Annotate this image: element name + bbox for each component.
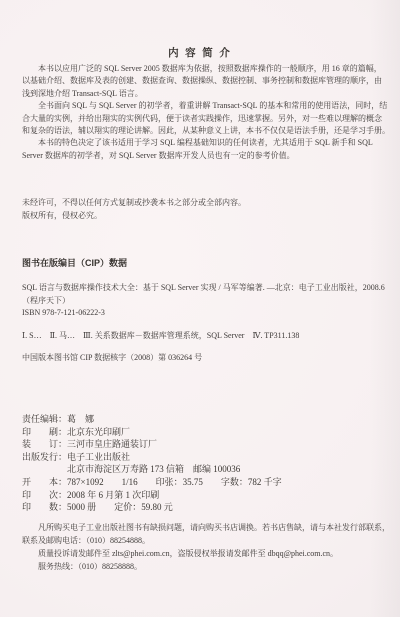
imprint-value: 787×1092 1/16 印张：35.75 字数：782 千字	[67, 476, 282, 489]
publisher-address: 北京市海淀区万寿路 173 信箱 邮编 100036	[67, 463, 240, 476]
imprint-row: 印 刷：北京东光印刷厂	[22, 426, 378, 439]
imprint-label: 印 数：	[22, 501, 67, 514]
intro-line: 全书面向 SQL 与 SQL Server 的初学者，着重讲解 Transact…	[22, 100, 378, 112]
cip-book-entry: SQL 语言与数据库操作技术大全：基于 SQL Server 实现 / 马军等编…	[22, 282, 378, 295]
imprint-label: 开 本：	[22, 476, 67, 489]
imprint-label: 印 次：	[22, 489, 67, 502]
service-line: 服务热线：（010）88258888。	[22, 560, 378, 573]
service-line: 质量投诉请发邮件至 zlts@phei.com.cn，盗版侵权举报请发邮件至 d…	[22, 547, 378, 560]
cip-record-block: SQL 语言与数据库操作技术大全：基于 SQL Server 实现 / 马军等编…	[22, 282, 378, 320]
notice-line: 未经许可，不得以任何方式复制或抄袭本书之部分或全部内容。	[22, 196, 378, 209]
imprint-label: 责任编辑：	[22, 413, 67, 426]
imprint-value: 葛 娜	[67, 413, 94, 426]
imprint-row: 出版发行：电子工业出版社	[22, 451, 378, 464]
imprint-row: 装 订：三河市皇庄路通装订厂	[22, 438, 378, 451]
cip-classification: Ⅰ. S… Ⅱ. 马… Ⅲ. 关系数据库－数据库管理系统，SQL Server …	[22, 330, 378, 341]
imprint-label: 出版发行：	[22, 451, 67, 464]
book-copyright-page: 内 容 简 介 本书以应用广泛的 SQL Server 2005 数据库为依据，…	[0, 0, 400, 617]
imprint-label: 装 订：	[22, 438, 67, 451]
imprint-row: 印 数：5000 册 定价：59.80 元	[22, 501, 378, 514]
intro-line: Server 数据库的初学者，对 SQL Server 数据库开发人员也有一定的…	[22, 150, 378, 162]
imprint-label: 印 刷：	[22, 426, 67, 439]
intro-line: 浅到深地介绍 Transact-SQL 语言。	[22, 88, 378, 100]
imprint-row-address: 北京市海淀区万寿路 173 信箱 邮编 100036	[22, 463, 378, 476]
intro-line: 和复杂的语法，辅以翔实的理论讲解。因此，从某种意义上讲，本书不仅仅是语法手册，还…	[22, 125, 378, 137]
imprint-value: 2008 年 6 月第 1 次印刷	[67, 489, 159, 502]
intro-line: 合大量的实例，并给出翔实的实例代码，便于读者实践操作，迅速掌握。另外，对一些难以…	[22, 113, 378, 125]
content-summary-title: 内 容 简 介	[22, 45, 378, 60]
imprint-row: 责任编辑：葛 娜	[22, 413, 378, 426]
intro-line: 以基础介绍、数据库及表的创建、数据查询、数据操纵、数据控制、事务控制和数据库管理…	[22, 75, 378, 87]
intro-line: 本书以应用广泛的 SQL Server 2005 数据库为依据，按照数据库操作的…	[22, 63, 378, 75]
imprint-row: 印 次：2008 年 6 月第 1 次印刷	[22, 489, 378, 502]
imprint-row: 开 本：787×1092 1/16 印张：35.75 字数：782 千字	[22, 476, 378, 489]
imprint-value: 电子工业出版社	[67, 451, 130, 464]
notice-line: 版权所有，侵权必究。	[22, 209, 378, 222]
service-line: 凡所购买电子工业出版社图书有缺损问题，请向购买书店调换。若书店售缺，请与本社发行…	[22, 521, 378, 534]
imprint-value: 三河市皇庄路通装订厂	[67, 438, 157, 451]
imprint-block: 责任编辑：葛 娜 印 刷：北京东光印刷厂 装 订：三河市皇庄路通装订厂 出版发行…	[22, 413, 378, 514]
copyright-notice: 未经许可，不得以任何方式复制或抄袭本书之部分或全部内容。 版权所有，侵权必究。	[22, 196, 378, 222]
service-line: 联系及邮购电话：（010）88254888。	[22, 534, 378, 547]
cip-series-name: （程序天下）	[22, 295, 378, 308]
cip-heading: 图书在版编目（CIP）数据	[22, 256, 378, 269]
imprint-value: 5000 册 定价：59.80 元	[67, 501, 173, 514]
intro-line: 本书的特色决定了该书适用于学习 SQL 编程基础知识的任何读者，尤其适用于 SQ…	[22, 137, 378, 149]
imprint-value: 北京东光印刷厂	[67, 426, 130, 439]
content-summary-paragraphs: 本书以应用广泛的 SQL Server 2005 数据库为依据，按照数据库操作的…	[22, 63, 378, 162]
cip-record-number: 中国版本图书馆 CIP 数据核字（2008）第 036264 号	[22, 352, 378, 363]
isbn-number: ISBN 978-7-121-06222-3	[22, 307, 378, 320]
service-info-block: 凡所购买电子工业出版社图书有缺损问题，请向购买书店调换。若书店售缺，请与本社发行…	[22, 521, 378, 573]
